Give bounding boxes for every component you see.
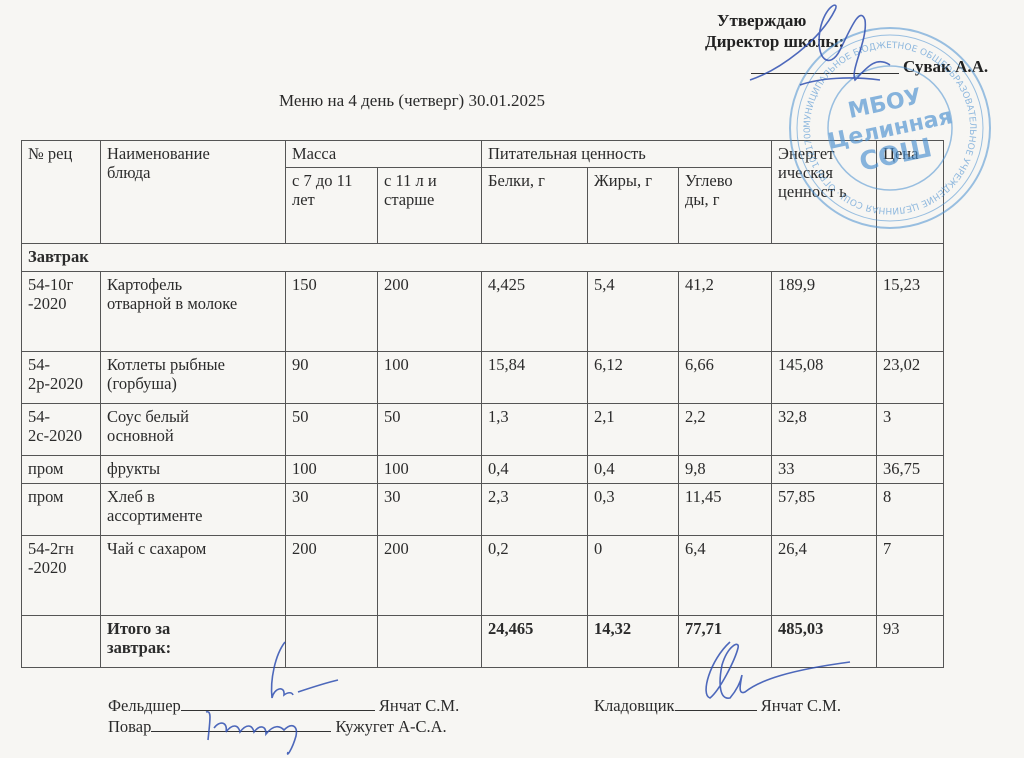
price: 8 <box>877 484 944 536</box>
header-dish-name: Наименование блюда <box>101 141 286 244</box>
price: 15,23 <box>877 272 944 352</box>
fats: 6,12 <box>588 352 679 404</box>
carbs: 6,66 <box>679 352 772 404</box>
table-row: пром Хлеб в ассортименте 30 30 2,3 0,3 1… <box>22 484 944 536</box>
carbs: 11,45 <box>679 484 772 536</box>
dish-name: Чай с сахаром <box>101 536 286 616</box>
cook-signature-row: Повар Кужугет А-С.А. <box>108 717 447 737</box>
energy: 33 <box>772 456 877 484</box>
recipe-no: пром <box>22 456 101 484</box>
storekeeper-signature-line <box>675 709 757 711</box>
mass-11-plus: 100 <box>378 352 482 404</box>
header-mass: Масса <box>286 141 482 168</box>
table-row: 54-10г-2020 Картофель отварной в молоке … <box>22 272 944 352</box>
dish-name: Котлеты рыбные (горбуша) <box>101 352 286 404</box>
dish-name: Соус белый основной <box>101 404 286 456</box>
mass-7-11: 200 <box>286 536 378 616</box>
header-mass-7-11: с 7 до 11 лет <box>286 168 378 244</box>
document-title: Меню на 4 день (четверг) 30.01.2025 <box>279 91 545 111</box>
fats: 5,4 <box>588 272 679 352</box>
mass-7-11: 150 <box>286 272 378 352</box>
header-fats: Жиры, г <box>588 168 679 244</box>
header-nutrition: Питательная ценность <box>482 141 772 168</box>
fats: 0 <box>588 536 679 616</box>
recipe-no: 54-2с-2020 <box>22 404 101 456</box>
price: 3 <box>877 404 944 456</box>
dish-name: Хлеб в ассортименте <box>101 484 286 536</box>
proteins: 0,4 <box>482 456 588 484</box>
paramedic-signature-line <box>181 709 375 711</box>
storekeeper-signature-row: Кладовщик Янчат С.М. <box>594 696 841 716</box>
section-row: Завтрак <box>22 244 944 272</box>
proteins: 4,425 <box>482 272 588 352</box>
total-fats: 14,32 <box>588 616 679 668</box>
mass-7-11: 90 <box>286 352 378 404</box>
carbs: 9,8 <box>679 456 772 484</box>
header-price: Цена <box>877 141 944 244</box>
total-row: Итого за завтрак: 24,465 14,32 77,71 485… <box>22 616 944 668</box>
total-price: 93 <box>877 616 944 668</box>
fats: 0,3 <box>588 484 679 536</box>
recipe-no: 54-2р-2020 <box>22 352 101 404</box>
total-carbs: 77,71 <box>679 616 772 668</box>
carbs: 41,2 <box>679 272 772 352</box>
header-carbs: Углево ды, г <box>679 168 772 244</box>
mass-11-plus: 200 <box>378 272 482 352</box>
cook-role: Повар <box>108 717 151 736</box>
mass-7-11: 100 <box>286 456 378 484</box>
mass-11-plus: 200 <box>378 536 482 616</box>
storekeeper-name: Янчат С.М. <box>761 696 841 715</box>
storekeeper-role: Кладовщик <box>594 696 675 715</box>
total-mass-7-11-empty <box>286 616 378 668</box>
energy: 57,85 <box>772 484 877 536</box>
table-row: 54-2с-2020 Соус белый основной 50 50 1,3… <box>22 404 944 456</box>
paramedic-signature-row: Фельдшер Янчат С.М. <box>108 696 459 716</box>
recipe-no: 54-10г-2020 <box>22 272 101 352</box>
price: 36,75 <box>877 456 944 484</box>
mass-11-plus: 30 <box>378 484 482 536</box>
table-row: 54-2р-2020 Котлеты рыбные (горбуша) 90 1… <box>22 352 944 404</box>
price: 23,02 <box>877 352 944 404</box>
header-energy: Энергет ическая ценност ь <box>772 141 877 244</box>
stamp-line-1: МБОУ <box>846 84 924 124</box>
fats: 2,1 <box>588 404 679 456</box>
mass-7-11: 50 <box>286 404 378 456</box>
fats: 0,4 <box>588 456 679 484</box>
mass-11-plus: 50 <box>378 404 482 456</box>
total-mass-11-plus-empty <box>378 616 482 668</box>
cook-name: Кужугет А-С.А. <box>335 717 446 736</box>
recipe-no: 54-2гн-2020 <box>22 536 101 616</box>
header-proteins: Белки, г <box>482 168 588 244</box>
table-row: пром фрукты 100 100 0,4 0,4 9,8 33 36,75 <box>22 456 944 484</box>
menu-table: № рец Наименование блюда Масса Питательн… <box>21 140 944 668</box>
cook-signature-line <box>151 730 331 732</box>
proteins: 1,3 <box>482 404 588 456</box>
energy: 32,8 <box>772 404 877 456</box>
approval-heading: Утверждаю <box>717 10 806 31</box>
director-signature-line <box>751 73 899 74</box>
approval-position: Директор школы: <box>705 31 844 52</box>
dish-name: фрукты <box>101 456 286 484</box>
director-name: Сувак А.А. <box>903 56 988 77</box>
paramedic-role: Фельдшер <box>108 696 181 715</box>
total-proteins: 24,465 <box>482 616 588 668</box>
total-energy: 485,03 <box>772 616 877 668</box>
table-row: 54-2гн-2020 Чай с сахаром 200 200 0,2 0 … <box>22 536 944 616</box>
paramedic-name: Янчат С.М. <box>379 696 459 715</box>
total-recipe-empty <box>22 616 101 668</box>
total-label: Итого за завтрак: <box>101 616 286 668</box>
header-recipe-no: № рец <box>22 141 101 244</box>
carbs: 6,4 <box>679 536 772 616</box>
proteins: 15,84 <box>482 352 588 404</box>
dish-name: Картофель отварной в молоке <box>101 272 286 352</box>
energy: 26,4 <box>772 536 877 616</box>
section-price-cell <box>877 244 944 272</box>
energy: 189,9 <box>772 272 877 352</box>
energy: 145,08 <box>772 352 877 404</box>
recipe-no: пром <box>22 484 101 536</box>
carbs: 2,2 <box>679 404 772 456</box>
header-row-1: № рец Наименование блюда Масса Питательн… <box>22 141 944 168</box>
proteins: 0,2 <box>482 536 588 616</box>
header-mass-11-plus: с 11 л и старше <box>378 168 482 244</box>
section-title: Завтрак <box>22 244 877 272</box>
mass-7-11: 30 <box>286 484 378 536</box>
proteins: 2,3 <box>482 484 588 536</box>
mass-11-plus: 100 <box>378 456 482 484</box>
price: 7 <box>877 536 944 616</box>
